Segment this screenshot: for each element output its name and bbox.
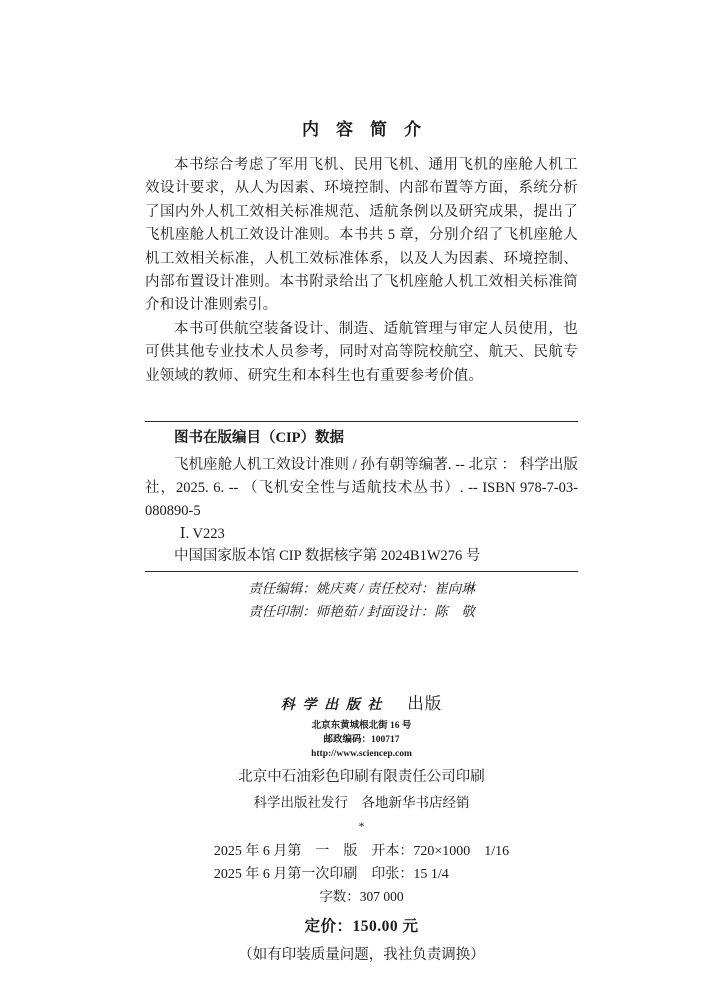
cip-entry: 飞机座舱人机工效设计准则 / 孙有朝等编著. -- 北京 ： 科学出版社，202… xyxy=(145,454,578,523)
publisher-logo: 科学出版社 xyxy=(281,698,390,713)
edition-line-1: 2025 年 6 月第 一 版 开本：720×1000 1/16 xyxy=(214,840,509,863)
credits-line-2: 责任印制：师艳茹 / 封面设计：陈 敬 xyxy=(145,600,578,623)
edition-line-2: 2025 年 6 月第一次印刷 印张：15 1/4 xyxy=(214,863,509,886)
intro-title: 内 容 简 介 xyxy=(145,121,578,139)
printer-line: 北京中石油彩色印刷有限责任公司印刷 xyxy=(145,768,578,787)
word-count: 字数：307 000 xyxy=(145,886,578,908)
edition-info: 2025 年 6 月第 一 版 开本：720×1000 1/16 2025 年 … xyxy=(214,840,509,886)
publisher-address: 北京东黄城根北街 16 号 xyxy=(145,719,578,733)
intro-paragraph-1: 本书综合考虑了军用飞机、民用飞机、通用飞机的座舱人机工效设计要求，从人为因素、环… xyxy=(145,154,578,318)
publisher-postcode: 邮政编码：100717 xyxy=(145,733,578,747)
cip-record-number: 中国国家版本馆 CIP 数据核字第 2024B1W276 号 xyxy=(145,545,578,567)
publisher-website: http://www.sciencep.com xyxy=(145,747,578,761)
intro-paragraph-2: 本书可供航空装备设计、制造、适航管理与审定人员使用，也可供其他专业技术人员参考，… xyxy=(145,318,578,388)
publish-label: 出版 xyxy=(407,694,442,713)
price-line: 定价：150.00 元 xyxy=(145,917,578,937)
divider-top xyxy=(145,421,578,422)
publisher-line: 科学出版社 出版 xyxy=(145,690,578,714)
credits-line-1: 责任编辑：姚庆爽 / 责任校对：崔向琳 xyxy=(145,577,578,600)
distribution-line: 科学出版社发行 各地新华书店经销 xyxy=(145,794,578,812)
colophon-page: 内 容 简 介 本书综合考虑了军用飞机、民用飞机、通用飞机的座舱人机工效设计要求… xyxy=(0,0,720,1000)
cip-classification: Ⅰ. V223 xyxy=(145,523,578,545)
section-separator-star: * xyxy=(145,819,578,833)
editorial-credits: 责任编辑：姚庆爽 / 责任校对：崔向琳 责任印制：师艳茹 / 封面设计：陈 敬 xyxy=(145,577,578,623)
divider-bottom xyxy=(145,571,578,572)
cip-heading: 图书在版编目（CIP）数据 xyxy=(145,430,578,447)
quality-note: （如有印装质量问题，我社负责调换） xyxy=(145,946,578,965)
